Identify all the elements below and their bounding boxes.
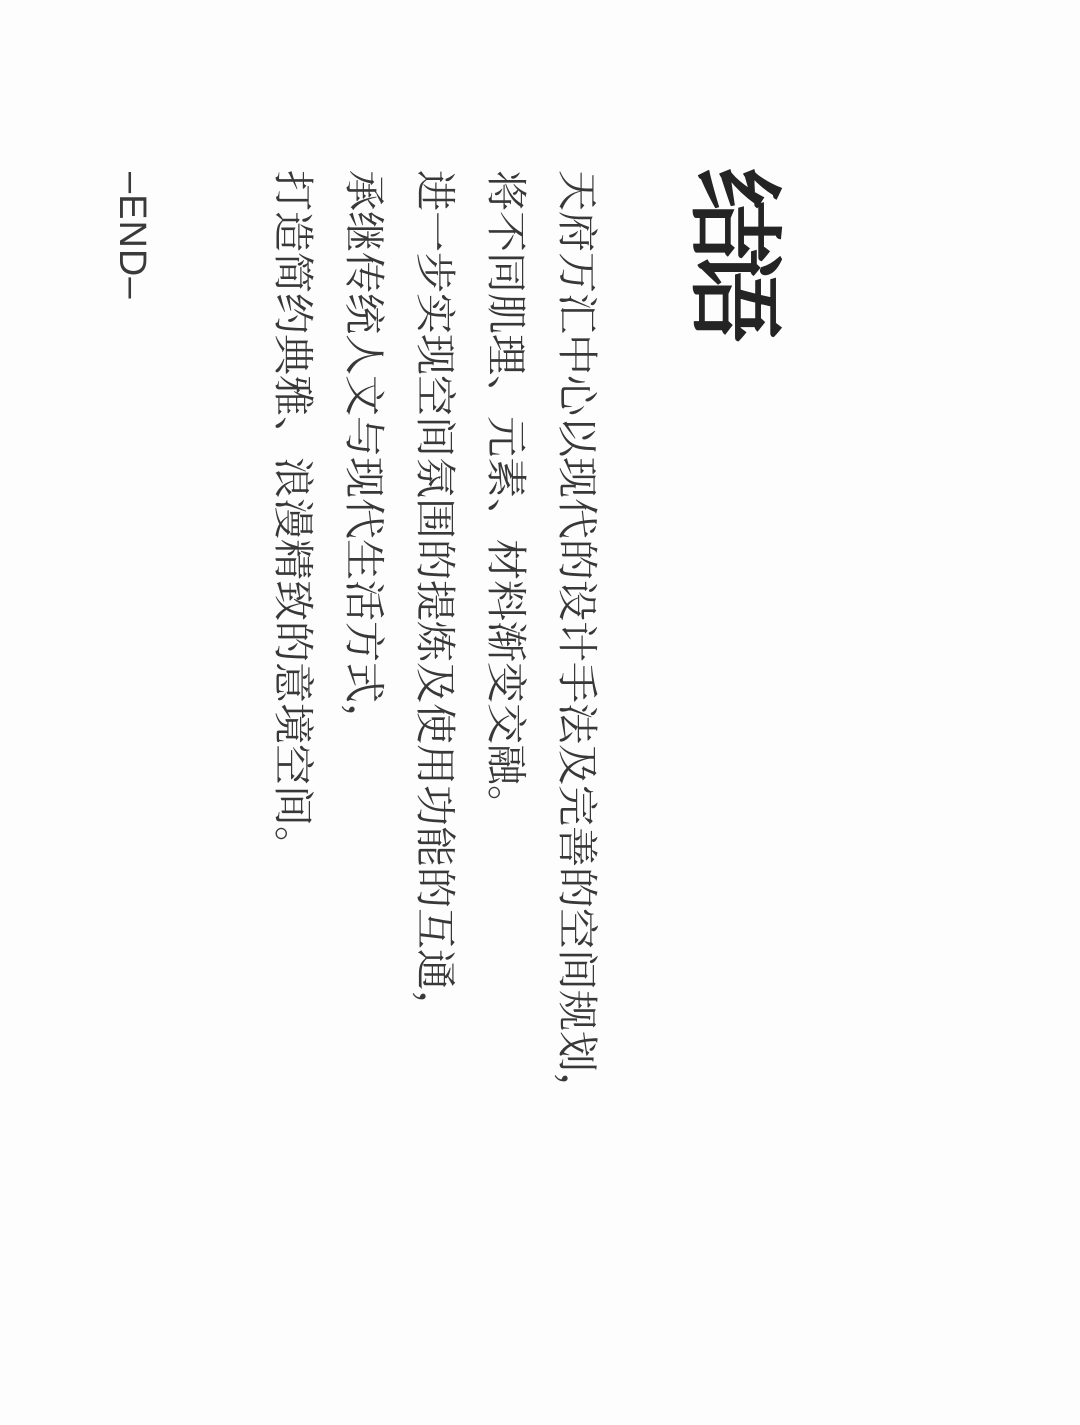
- paragraph-line-1: 天府万汇中心以现代的设计手法及完善的空间规划，: [541, 170, 612, 1113]
- document-page: 结语 天府万汇中心以现代的设计手法及完善的空间规划， 将不同肌理、元素、材料渐变…: [0, 0, 1080, 1425]
- conclusion-title: 结语: [686, 168, 780, 328]
- paragraph-line-2: 将不同肌理、元素、材料渐变交融。: [470, 170, 541, 1113]
- paragraph-line-4: 承继传统人文与现代生活方式，: [328, 170, 399, 1113]
- rotated-canvas: 结语 天府万汇中心以现代的设计手法及完善的空间规划， 将不同肌理、元素、材料渐变…: [0, 0, 1080, 1425]
- body-paragraph: 天府万汇中心以现代的设计手法及完善的空间规划， 将不同肌理、元素、材料渐变交融。…: [257, 170, 612, 1113]
- paragraph-line-3: 进一步实现空间氛围的提炼及使用功能的互通，: [399, 170, 470, 1113]
- end-marker: –END–: [113, 172, 151, 300]
- paragraph-line-5: 打造简约典雅、浪漫精致的意境空间。: [257, 170, 328, 1113]
